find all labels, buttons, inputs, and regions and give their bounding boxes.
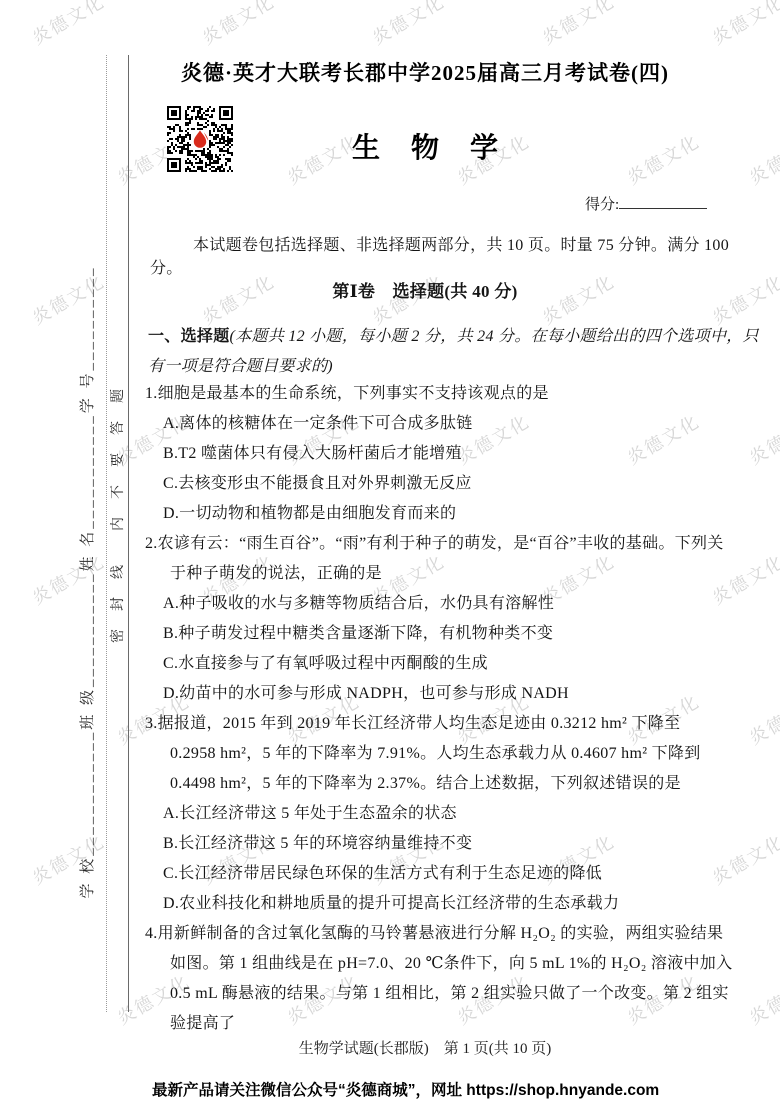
question-option: B.种子萌发过程中糖类含量逐渐下降，有机物种类不变 xyxy=(163,620,553,643)
exam-title: 炎德·英才大联考长郡中学2025届高三月考试卷(四) xyxy=(140,57,710,87)
question-option: C.水直接参与了有氧呼吸过程中丙酮酸的生成 xyxy=(163,650,488,673)
directions-line-1: 一、选择题(本题共 12 小题，每小题 2 分，共 24 分。在每小题给出的四个… xyxy=(148,323,759,346)
watermark-text: 炎德文化 xyxy=(707,0,780,50)
part-note: (本题共 12 小题，每小题 2 分，共 24 分。在每小题给出的四个选项中，只 xyxy=(230,328,759,345)
watermark-text: 炎德文化 xyxy=(707,828,780,891)
question-stem-continued: 0.2958 hm²，5 年的下降率为 7.91%。人均生态承载力从 0.460… xyxy=(170,740,701,763)
question-stem: 3.据报道，2015 年到 2019 年长江经济带人均生态足迹由 0.3212 … xyxy=(145,710,680,733)
watermark-text: 炎德文化 xyxy=(744,128,780,191)
watermark-text: 炎德文化 xyxy=(27,828,109,891)
watermark-text: 炎德文化 xyxy=(707,548,780,611)
watermark-text: 炎德文化 xyxy=(27,0,109,50)
question-stem: 1.细胞是最基本的生命系统，下列事实不支持该观点的是 xyxy=(145,380,549,403)
score-row: 得分: xyxy=(585,193,707,214)
watermark-text: 炎德文化 xyxy=(622,408,704,471)
question-stem-continued: 于种子萌发的说法，正确的是 xyxy=(170,560,382,583)
question-option: D.幼苗中的水可参与形成 NADPH，也可参与形成 NADH xyxy=(163,680,569,703)
question-option: B.T2 噬菌体只有侵入大肠杆菌后才能增殖 xyxy=(163,440,462,463)
question-stem: 4.用新鲜制备的含过氧化氢酶的马铃薯悬液进行分解 H₂O₂ 的实验，两组实验结果 xyxy=(145,920,723,943)
question-option: D.一切动物和植物都是由细胞发育而来的 xyxy=(163,500,456,523)
watermark-text: 炎德文化 xyxy=(537,0,619,50)
question-option: D.农业科技化和耕地质量的提升可提高长江经济带的生态承载力 xyxy=(163,890,619,913)
question-option: A.离体的核糖体在一定条件下可合成多肽链 xyxy=(163,410,473,433)
seal-solid-line xyxy=(128,55,129,1012)
promo-line: 最新产品请关注微信公众号“炎德商城”，网址 https://shop.hnyan… xyxy=(152,1078,659,1100)
question-option: B.长江经济带这 5 年的环境容纳量维持不变 xyxy=(163,830,472,853)
watermark-text: 炎德文化 xyxy=(27,268,109,331)
exam-page: 炎德文化炎德文化炎德文化炎德文化炎德文化炎德文化炎德文化炎德文化炎德文化炎德文化… xyxy=(0,0,780,1104)
directions-line-2: 有一项是符合题目要求的) xyxy=(148,353,333,376)
watermark-text: 炎德文化 xyxy=(744,968,780,1031)
watermark-text: 炎德文化 xyxy=(27,548,109,611)
footer-page-label: 生物学试题(长郡版) 第 1 页(共 10 页) xyxy=(140,1037,710,1058)
score-blank xyxy=(619,194,707,209)
student-fields-label: 学 校____________班 级___________姓 名________… xyxy=(76,214,96,950)
question-option: C.长江经济带居民绿色环保的生活方式有利于生态足迹的降低 xyxy=(163,860,602,883)
watermark-text: 炎德文化 xyxy=(367,0,449,50)
watermark-text: 炎德文化 xyxy=(744,688,780,751)
question-stem: 2.农谚有云：“雨生百谷”。“雨”有利于种子的萌发，是“百谷”丰收的基础。下列关 xyxy=(145,530,724,553)
part-label: 一、选择题 xyxy=(148,328,230,345)
question-option: A.长江经济带这 5 年处于生态盈余的状态 xyxy=(163,800,457,823)
question-stem-continued: 如图。第 1 组曲线是在 pH=7.0、20 ℃条件下，向 5 mL 1%的 H… xyxy=(170,950,732,973)
score-label: 得分: xyxy=(585,197,619,213)
seal-instruction-label: 密 封 线 内 不 要 答 题 xyxy=(107,353,127,677)
question-option: C.去核变形虫不能摄食且对外界刺激无反应 xyxy=(163,470,472,493)
subject-title: 生 物 学 xyxy=(140,126,710,166)
question-stem-continued: 验提高了 xyxy=(170,1010,235,1033)
question-option: A.种子吸收的水与多糖等物质结合后，水仍具有溶解性 xyxy=(163,590,554,613)
question-stem-continued: 0.4498 hm²，5 年的下降率为 2.37%。结合上述数据，下列叙述错误的… xyxy=(170,770,681,793)
exam-intro: 本试题卷包括选择题、非选择题两部分，共 10 页。时量 75 分钟。满分 100… xyxy=(150,232,740,278)
watermark-text: 炎德文化 xyxy=(744,408,780,471)
question-stem-continued: 0.5 mL 酶悬液的结果。与第 1 组相比，第 2 组实验只做了一个改变。第 … xyxy=(170,980,729,1003)
watermark-text: 炎德文化 xyxy=(197,0,279,50)
section-title: 第Ⅰ卷 选择题(共 40 分) xyxy=(140,277,710,302)
